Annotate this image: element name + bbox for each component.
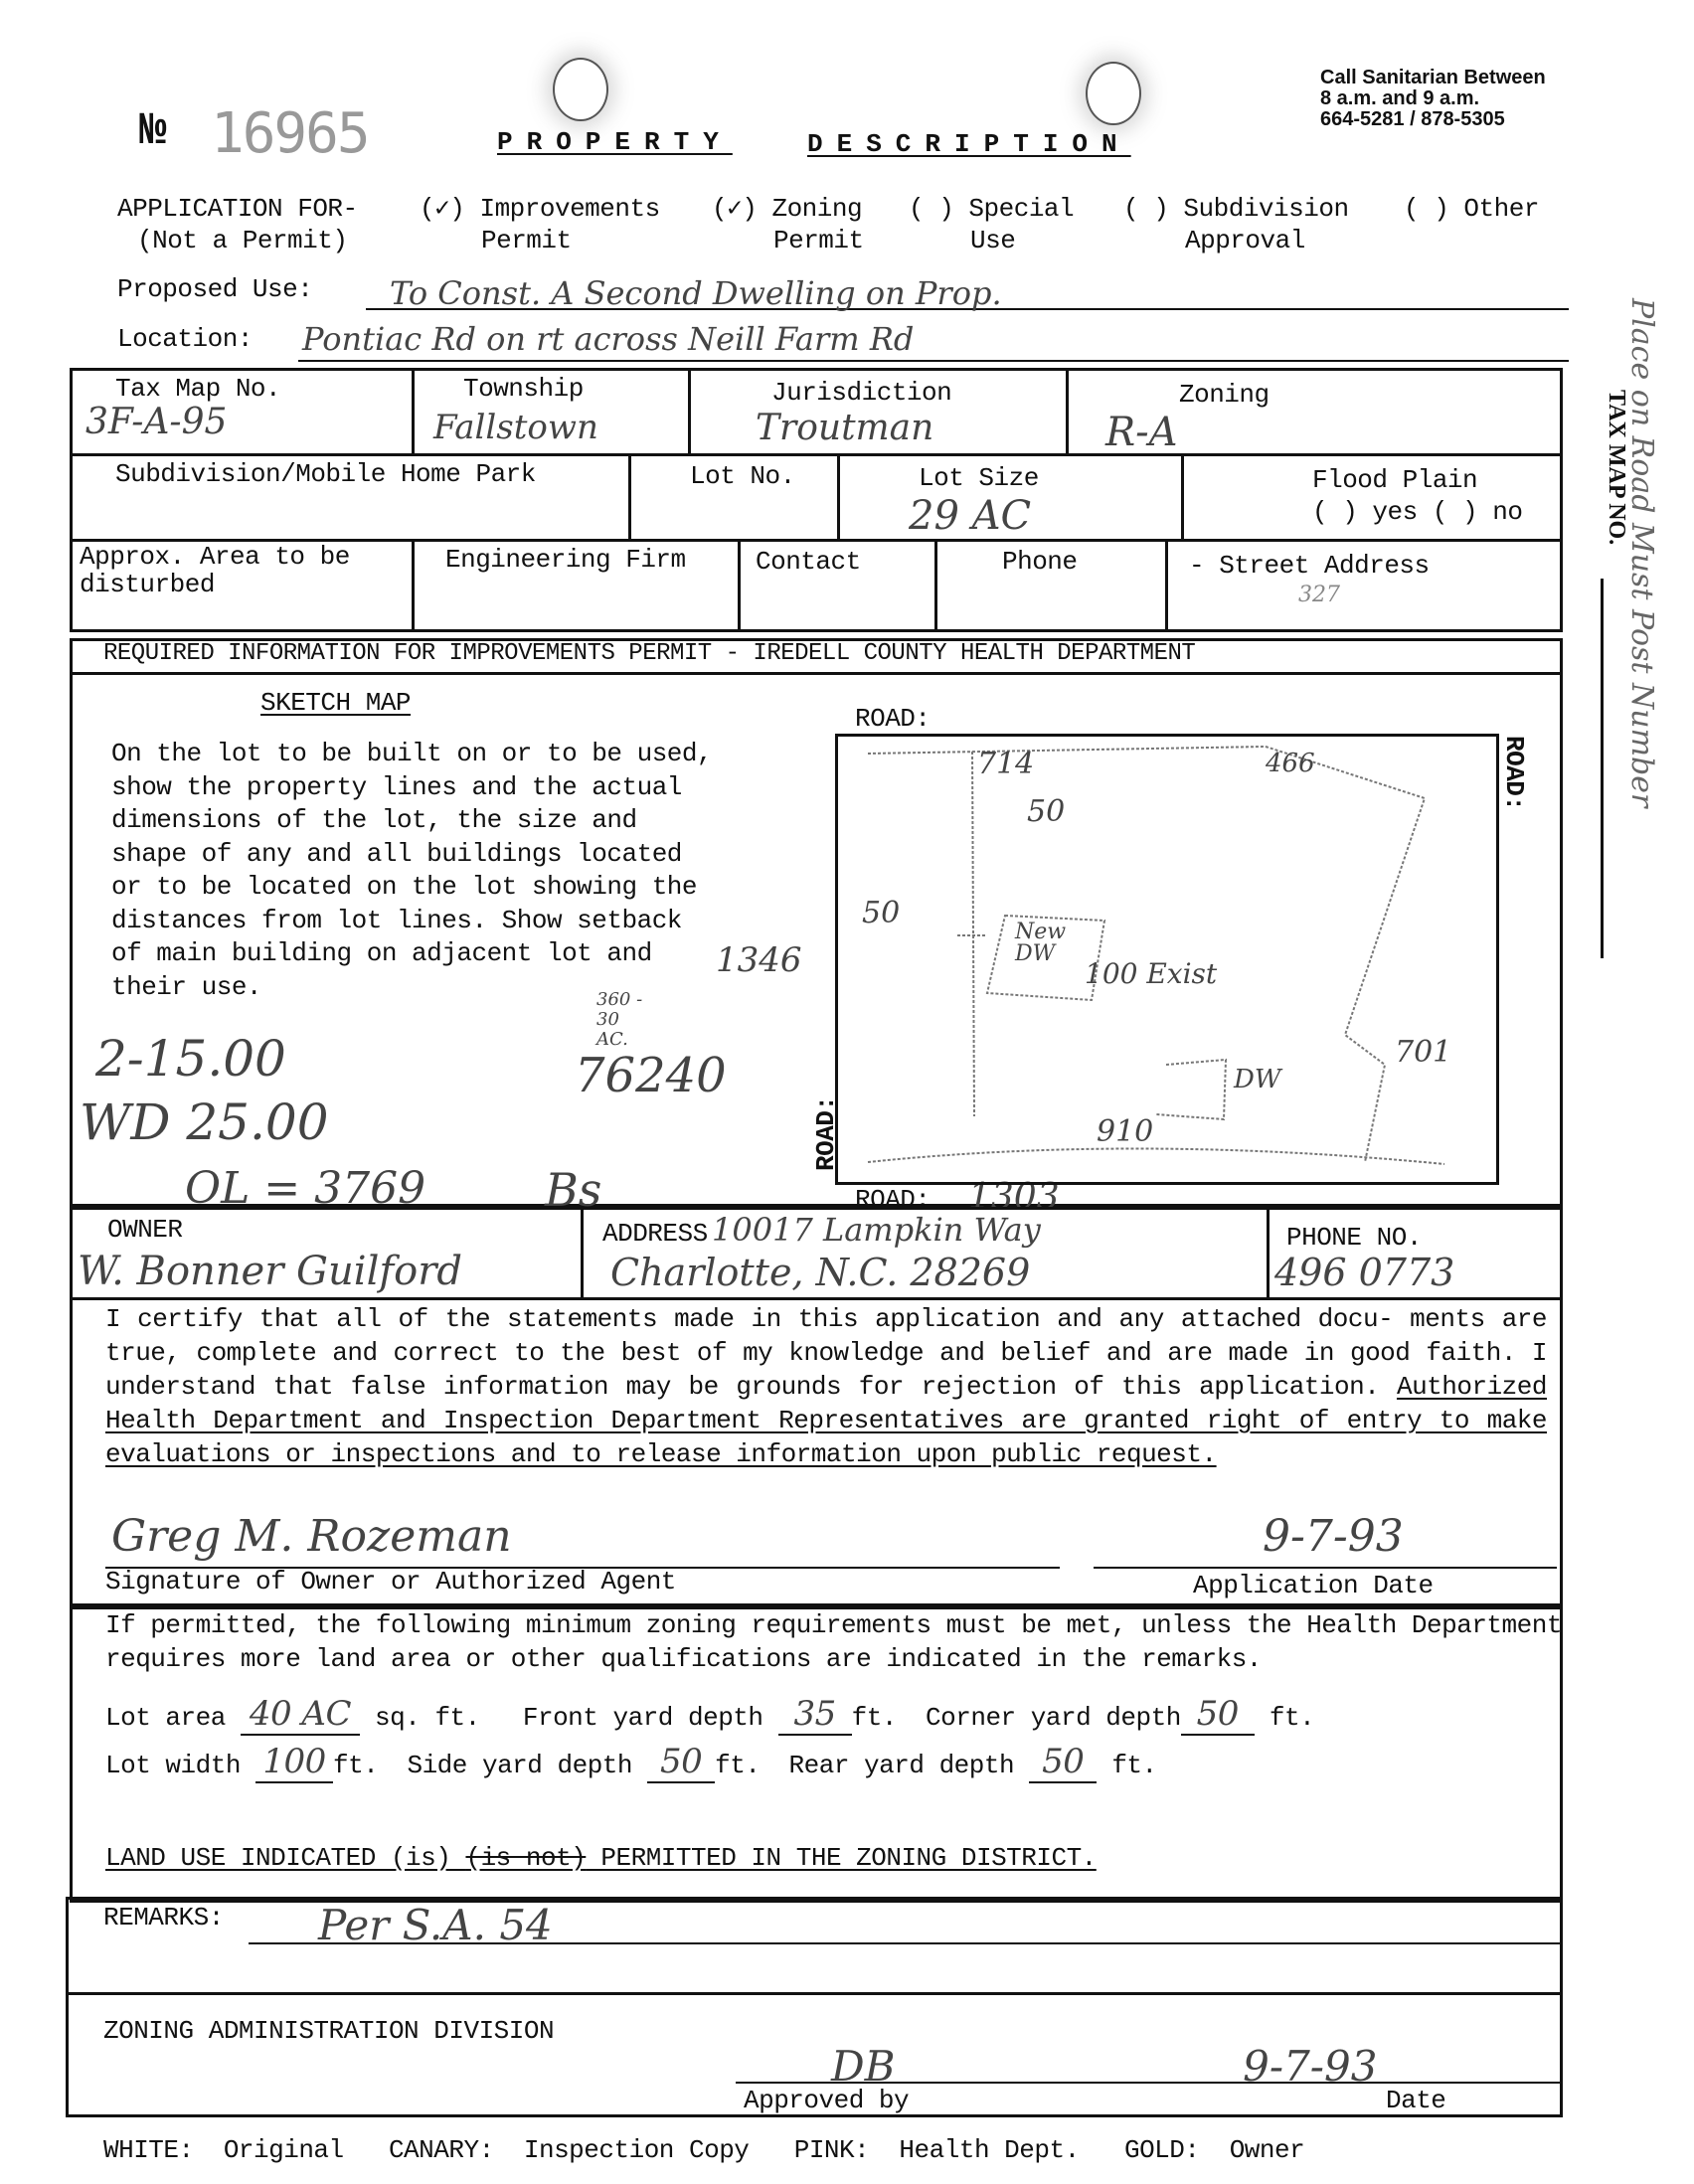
existing-label: 100 Exist xyxy=(1085,957,1217,990)
phone-no-value[interactable]: 496 0773 xyxy=(1274,1251,1454,1294)
flood-plain-label: Flood Plain xyxy=(1312,465,1477,495)
approved-by-value: DB xyxy=(736,2042,896,2091)
grid-divider xyxy=(738,539,741,632)
sketch-instructions: On the lot to be built on or to be used,… xyxy=(111,738,712,1004)
sketch-map-title: SKETCH MAP xyxy=(260,688,411,718)
owner-value[interactable]: W. Bonner Guilford xyxy=(78,1249,462,1294)
side-tax-map-line xyxy=(1601,579,1604,958)
certification-plain: I certify that all of the statements mad… xyxy=(105,1304,1547,1402)
approved-by-label: Approved by xyxy=(744,2086,909,2115)
application-date-field[interactable]: 9-7-93 xyxy=(1094,1511,1557,1569)
rear-yard-label: Rear yard depth xyxy=(775,1751,1015,1780)
title-description: DESCRIPTION xyxy=(807,129,1131,159)
lot-size-value[interactable]: 29 AC xyxy=(909,493,1031,539)
corner-yard-value[interactable]: 50 xyxy=(1181,1694,1255,1736)
front-yard-value[interactable]: 35 xyxy=(778,1694,852,1736)
grid-divider xyxy=(934,539,937,632)
zoning-admin-title: ZONING ADMINISTRATION DIVISION xyxy=(103,2016,554,2046)
instruction-line: distances from lot lines. Show setback xyxy=(111,905,712,938)
option-label: Special xyxy=(968,194,1074,224)
corner-yard-label: Corner yard depth xyxy=(912,1703,1181,1733)
call-line-2: 8 a.m. and 9 a.m. xyxy=(1320,88,1546,109)
lot-size-label: Lot Size xyxy=(919,463,1039,493)
rear-yard-value[interactable]: 50 xyxy=(1029,1742,1097,1783)
dim-right: 701 xyxy=(1395,1035,1451,1070)
proposed-use-label: Proposed Use: xyxy=(117,274,312,304)
application-date-label: Application Date xyxy=(1193,1571,1434,1600)
lot-area-label: Lot area xyxy=(105,1703,226,1733)
phone-label: Phone xyxy=(1002,547,1078,577)
street-address-value[interactable]: 327 xyxy=(1298,583,1340,607)
option-other[interactable]: ( ) Other xyxy=(1404,193,1539,225)
jurisdiction-value[interactable]: Troutman xyxy=(756,408,933,448)
zoning-row-2: Lot width 100ft. Side yard depth 50ft. R… xyxy=(105,1742,1157,1783)
option-special-use[interactable]: ( ) Special Use xyxy=(909,193,1074,256)
existing-dwelling-label: DW xyxy=(1234,1065,1281,1094)
unit-ft: ft. xyxy=(333,1751,378,1780)
proposed-use-value: To Const. A Second Dwelling on Prop. xyxy=(366,274,1002,312)
new-dwelling-label: New DW xyxy=(1015,922,1085,965)
application-for-line2: (Not a Permit) xyxy=(117,225,358,256)
call-phone-numbers: 664-5281 / 878-5305 xyxy=(1320,109,1546,130)
option-label-2: Permit xyxy=(712,225,864,256)
zoning-value[interactable]: R-A xyxy=(1105,410,1178,455)
side-handwritten-note: Place on Road Must Post Number xyxy=(1624,298,1659,807)
note-margin-number: 1346 xyxy=(716,940,802,980)
copy-distribution-footer: WHITE: Original CANARY: Inspection Copy … xyxy=(103,2135,1304,2165)
jurisdiction-label: Jurisdiction xyxy=(771,378,951,408)
grid-divider xyxy=(412,539,415,632)
section-header-divider xyxy=(70,672,1563,675)
option-label: Zoning xyxy=(771,194,862,224)
form-number-prefix: № xyxy=(139,105,167,157)
side-yard-label: Side yard depth xyxy=(393,1751,632,1780)
note-fee-2: WD 25.00 xyxy=(80,1093,329,1151)
zoning-label: Zoning xyxy=(1179,380,1270,410)
street-address-label: - Street Address xyxy=(1189,551,1430,581)
note-number: 76240 xyxy=(575,1048,727,1103)
instruction-line: On the lot to be built on or to be used, xyxy=(111,738,712,771)
remarks-label: REMARKS: xyxy=(103,1903,224,1932)
option-label-2: Permit xyxy=(420,225,660,256)
approx-area-label: Approx. Area to be disturbed xyxy=(80,543,350,598)
land-use-is-not-struck: (is not) xyxy=(465,1843,586,1873)
note-small: 360 - 30 AC. xyxy=(596,990,656,1050)
lot-area-unit: sq. ft. xyxy=(375,1703,480,1733)
approval-date-label: Date xyxy=(1386,2086,1445,2115)
dim-inner-top: 50 xyxy=(1027,794,1065,829)
grid-divider xyxy=(1181,453,1184,541)
lot-width-label: Lot width xyxy=(105,1751,241,1780)
address-line1[interactable]: 10017 Lampkin Way xyxy=(712,1211,1041,1249)
flood-plain-options[interactable]: ( ) yes ( ) no xyxy=(1312,497,1522,527)
dim-left: 50 xyxy=(862,896,900,930)
title-property: PROPERTY xyxy=(497,127,733,157)
road-right-label: ROAD: xyxy=(1499,736,1529,811)
land-use-statement: LAND USE INDICATED (is) (is not) PERMITT… xyxy=(105,1843,1097,1873)
proposed-use-field[interactable]: To Const. A Second Dwelling on Prop. xyxy=(366,274,1569,310)
unit-ft: ft. xyxy=(1270,1703,1314,1733)
side-yard-value[interactable]: 50 xyxy=(647,1742,715,1783)
signature-value: Greg M. Rozeman xyxy=(105,1511,512,1562)
punch-hole-left xyxy=(553,58,608,121)
form-number: 16965 xyxy=(211,101,369,166)
option-label: Subdivision xyxy=(1183,194,1348,224)
option-improvements-permit[interactable]: (✓) Improvements Permit xyxy=(420,193,660,256)
checkbox-special-use[interactable]: ( ) xyxy=(909,194,953,224)
tax-map-label: Tax Map No. xyxy=(115,374,280,404)
zoning-intro: If permitted, the following minimum zoni… xyxy=(105,1608,1563,1676)
grid-divider xyxy=(837,453,840,541)
road-top-label: ROAD: xyxy=(855,704,931,734)
instruction-line: shape of any and all buildings located xyxy=(111,838,712,872)
application-for-line1: APPLICATION FOR- xyxy=(117,193,358,225)
tax-map-value[interactable]: 3F-A-95 xyxy=(85,402,227,442)
grid-divider xyxy=(1165,539,1168,632)
unit-ft: ft. xyxy=(1111,1751,1156,1780)
engineering-firm-label: Engineering Firm xyxy=(445,545,686,575)
dim-bottom: 910 xyxy=(1097,1114,1153,1149)
certification-text: I certify that all of the statements mad… xyxy=(105,1302,1547,1471)
grid-divider xyxy=(412,368,415,455)
signature-label: Signature of Owner or Authorized Agent xyxy=(105,1567,676,1596)
grid-divider xyxy=(70,453,1563,456)
approval-field[interactable]: DB 9-7-93 xyxy=(736,2042,1561,2084)
address-line2[interactable]: Charlotte, N.C. 28269 xyxy=(610,1251,1030,1294)
instruction-line: dimensions of the lot, the size and xyxy=(111,804,712,838)
subdivision-label: Subdivision/Mobile Home Park xyxy=(115,459,536,489)
instruction-line: of main building on adjacent lot and xyxy=(111,937,712,971)
dim-top: 714 xyxy=(977,747,1034,781)
approx-area-line1: Approx. Area to be xyxy=(80,543,350,571)
remarks-value: Per S.A. 54 xyxy=(249,1901,553,1949)
contact-label: Contact xyxy=(756,547,861,577)
option-subdivision-approval[interactable]: ( ) Subdivision Approval xyxy=(1123,193,1349,256)
checkbox-subdivision[interactable]: ( ) xyxy=(1123,194,1168,224)
approx-area-line2: disturbed xyxy=(80,571,350,598)
checkbox-improvements[interactable]: (✓) xyxy=(420,194,464,224)
remarks-divider xyxy=(66,1992,1563,1995)
option-label-2: Use xyxy=(909,225,1074,256)
location-value: Pontiac Rd on rt across Neill Farm Rd xyxy=(298,320,914,358)
grid-divider xyxy=(628,453,631,541)
option-label: Other xyxy=(1463,194,1539,224)
lot-width-value[interactable]: 100 xyxy=(255,1742,333,1783)
land-use-is: LAND USE INDICATED (is) xyxy=(105,1843,465,1873)
instruction-line: or to be located on the lot showing the xyxy=(111,871,712,905)
township-value[interactable]: Fallstown xyxy=(433,408,598,447)
front-yard-label: Front yard depth xyxy=(495,1703,763,1733)
owner-divider xyxy=(1267,1207,1270,1300)
location-field[interactable]: Pontiac Rd on rt across Neill Farm Rd xyxy=(298,320,1569,362)
checkbox-other[interactable]: ( ) xyxy=(1404,194,1448,224)
land-use-permitted: PERMITTED IN THE ZONING DISTRICT. xyxy=(586,1843,1097,1873)
call-sanitarian-note: Call Sanitarian Between 8 a.m. and 9 a.m… xyxy=(1320,68,1546,130)
grid-divider xyxy=(1066,368,1069,455)
lot-no-label: Lot No. xyxy=(690,461,795,491)
signature-field[interactable]: Greg M. Rozeman xyxy=(105,1511,1060,1569)
call-line-1: Call Sanitarian Between xyxy=(1320,68,1546,88)
checkbox-zoning[interactable]: (✓) xyxy=(712,194,757,224)
location-label: Location: xyxy=(117,324,253,354)
dim-top-right: 466 xyxy=(1266,749,1315,778)
unit-ft: ft. xyxy=(852,1703,897,1733)
note-fee-1: 2-15.00 xyxy=(95,1030,286,1088)
sketch-map-area[interactable]: 714 466 50 50 New DW 100 Exist DW 701 91… xyxy=(835,734,1499,1185)
application-date-value: 9-7-93 xyxy=(1094,1511,1404,1562)
application-for-label: APPLICATION FOR- (Not a Permit) xyxy=(117,193,358,256)
owner-label: OWNER xyxy=(107,1215,183,1245)
option-label-2: Approval xyxy=(1123,225,1349,256)
lot-area-value[interactable]: 40 AC xyxy=(241,1694,360,1736)
phone-no-label: PHONE NO. xyxy=(1286,1223,1422,1253)
option-label: Improvements xyxy=(479,194,659,224)
approval-date-value: 9-7-93 xyxy=(905,2042,1377,2091)
township-label: Township xyxy=(463,374,584,404)
option-zoning-permit[interactable]: (✓) Zoning Permit xyxy=(712,193,864,256)
instruction-line: show the property lines and the actual xyxy=(111,771,712,805)
grid-divider xyxy=(688,368,691,455)
owner-divider xyxy=(581,1207,584,1300)
punch-hole-right xyxy=(1086,62,1141,125)
zoning-row-1: Lot area 40 AC sq. ft. Front yard depth … xyxy=(105,1694,1314,1736)
address-label: ADDRESS xyxy=(602,1219,708,1249)
remarks-field[interactable]: Per S.A. 54 xyxy=(249,1901,1561,1944)
unit-ft: ft. xyxy=(715,1751,760,1780)
improvements-section-title: REQUIRED INFORMATION FOR IMPROVEMENTS PE… xyxy=(103,640,1195,667)
